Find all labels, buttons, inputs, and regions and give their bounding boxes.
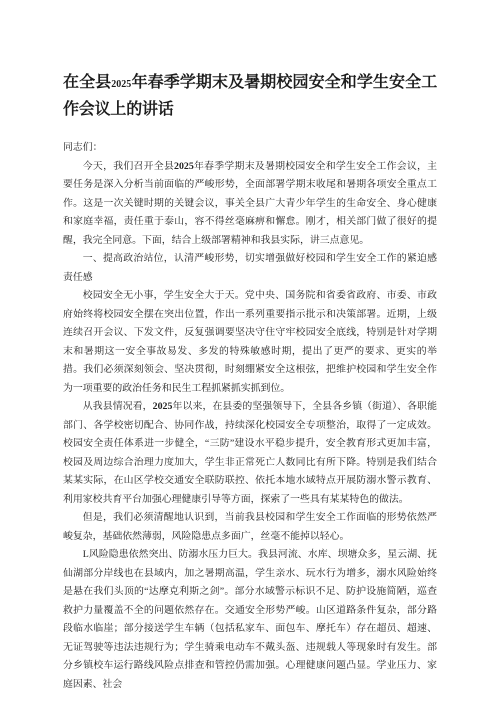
paragraph-county-situation: 从我县情况看，2025年以来，在县委的坚强领导下，全县各乡镇（街道）、各职能部门… <box>63 398 437 509</box>
document-title: 在全县2025年春季学期末及暑期校园安全和学生安全工作会议上的讲话 <box>63 70 437 122</box>
title-prefix: 在全县 <box>63 74 111 91</box>
paragraph-opening: 今天，我们召开全县2025年春季学期末及暑期校园安全和学生安全工作会议，主要任务… <box>63 158 437 251</box>
salutation: 同志们： <box>63 139 437 158</box>
paragraph-however: 但是，我们必须清醒地认识到，当前我县校园和学生安全工作面临的形势依然严峻复杂，基… <box>63 509 437 546</box>
paragraph-campus-safety: 校园安全无小事，学生安全大于天。党中央、国务院和省委省政府、市委、市政府始终将校… <box>63 287 437 398</box>
section-heading-1: 一、提高政治站位，认清严峻形势，切实增强做好校园和学生安全工作的紧迫感责任感 <box>63 250 437 287</box>
paragraph-risk-hazards: L风险隐患依然突出、防溺水压力巨大。我县河流、水库、坝塘众多，星云湖、抚仙湖部分… <box>63 546 437 694</box>
document-page: 在全县2025年春季学期末及暑期校园安全和学生安全工作会议上的讲话 同志们： 今… <box>0 0 500 707</box>
title-year: 2025 <box>111 79 131 90</box>
